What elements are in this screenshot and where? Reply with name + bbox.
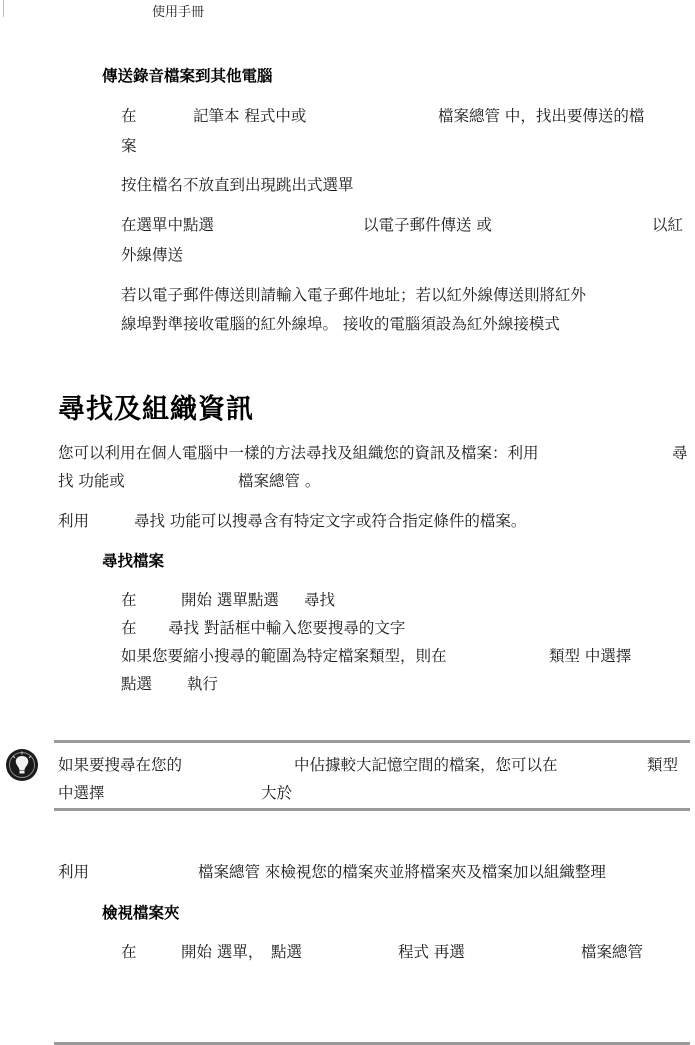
intro-text: 利用 — [58, 862, 89, 882]
step-text: 在 — [121, 618, 137, 638]
step-text: 線埠對準接收電腦的紅外線埠。 接收的電腦須設為紅外線接模式 — [121, 314, 560, 334]
step-text: 外線傳送 — [121, 245, 183, 265]
step-text: 尋找 — [304, 590, 335, 610]
section-heading-find-organize: 尋找及組織資訊 — [58, 393, 254, 427]
tip-line: 中選擇 — [58, 783, 105, 803]
step-text: 類型 中選擇 — [549, 646, 631, 666]
step-text: 檔案總管 — [581, 942, 643, 962]
step-text: 執行 — [187, 674, 218, 694]
section-heading-send-recordings: 傳送錄音檔案到其他電腦 — [102, 66, 273, 86]
step-text: 點選 — [121, 674, 152, 694]
intro-text: 利用 — [58, 511, 89, 531]
step-text: 尋找 對話框中輸入您要搜尋的文字 — [168, 618, 405, 638]
tip-top-rule — [54, 740, 690, 743]
subheading-find-files: 尋找檔案 — [102, 551, 164, 571]
step-text: 開始 選單點選 — [181, 590, 279, 610]
page-header-title: 使用手冊 — [152, 5, 204, 21]
intro-text: 檔案總管 。 — [238, 471, 320, 491]
tip-line: 類型 — [647, 755, 678, 775]
step-text: 如果您要縮小搜尋的範圍為特定檔案類型，則在 — [121, 646, 447, 666]
subheading-view-folders: 檢視檔案夾 — [102, 903, 180, 923]
step-text: 記筆本 程式中或 — [193, 106, 306, 126]
step-text: 按住檔名不放直到出現跳出式選單 — [121, 175, 354, 195]
intro-text: 找 功能或 — [58, 471, 125, 491]
intro-text: 您可以利用在個人電腦中一樣的方法尋找及組織您的資訊及檔案：利用 — [58, 443, 539, 463]
step-text: 檔案總管 中，找出要傳送的檔 — [438, 106, 644, 126]
step-text: 點選 — [271, 942, 302, 962]
lightbulb-icon — [5, 748, 39, 782]
tip-line: 如果要搜尋在您的 — [58, 755, 182, 775]
step-text: 以電子郵件傳送 或 — [363, 215, 492, 235]
step-text: 程式 再選 — [398, 942, 465, 962]
intro-text: 尋 — [672, 443, 688, 463]
page-edge-line — [3, 0, 4, 17]
intro-text: 檔案總管 來檢視您的檔案夾並將檔案夾及檔案加以組織整理 — [198, 862, 606, 882]
tip-bottom-rule — [54, 808, 690, 811]
step-text: 開始 選單， — [181, 942, 263, 962]
step-text: 在 — [121, 106, 137, 126]
tip-line: 中佔據較大記憶空間的檔案，您可以在 — [294, 755, 558, 775]
step-text: 在 — [121, 590, 137, 610]
step-text: 在 — [121, 942, 137, 962]
intro-text: 尋找 功能可以搜尋含有特定文字或符合指定條件的檔案。 — [134, 511, 526, 531]
tip-line: 大於 — [261, 783, 292, 803]
step-text: 以紅 — [652, 215, 683, 235]
step-text: 若以電子郵件傳送則請輸入電子郵件地址；若以紅外線傳送則將紅外 — [121, 285, 586, 305]
step-text: 在選單中點選 — [121, 215, 214, 235]
step-text: 案 — [121, 136, 137, 156]
